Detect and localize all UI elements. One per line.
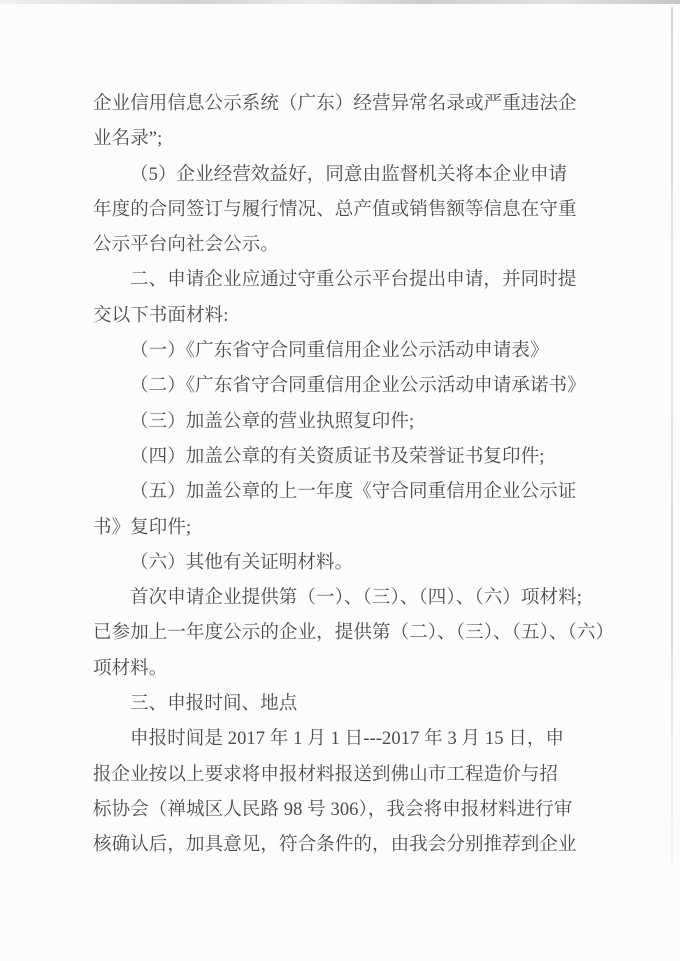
- text-line: （一）《广东省守合同重信用企业公示活动申请表》: [93, 334, 587, 369]
- text-line: （五）加盖公章的上一年度《守合同重信用企业公示证: [93, 475, 587, 510]
- text-line: 报企业按以上要求将申报材料报送到佛山市工程造价与招: [93, 758, 587, 793]
- text-line: 三、申报时间、地点: [93, 687, 587, 722]
- text-line: （六）其他有关证明材料。: [93, 546, 587, 581]
- text-line: 核确认后，加具意见，符合条件的，由我会分别推荐到企业: [93, 828, 587, 863]
- document-text: 企业信用信息公示系统（广东）经营异常名录或严重违法企业名录”;（5）企业经营效益…: [93, 87, 587, 864]
- text-line: 企业信用信息公示系统（广东）经营异常名录或严重违法企: [93, 87, 587, 122]
- text-line: 项材料。: [93, 652, 587, 687]
- text-line: 交以下书面材料:: [93, 299, 587, 334]
- scan-artifact-top-edge: [0, 0, 680, 4]
- text-line: 二、申请企业应通过守重公示平台提出申请，并同时提: [93, 263, 587, 298]
- text-line: 标协会（禅城区人民路 98 号 306），我会将申报材料进行审: [93, 793, 587, 828]
- text-line: 公示平台向社会公示。: [93, 228, 587, 263]
- text-line: 书》复印件;: [93, 511, 587, 546]
- text-line: 年度的合同签订与履行情况、总产值或销售额等信息在守重: [93, 193, 587, 228]
- text-line: 首次申请企业提供第（一）、（三）、（四）、（六）项材料;: [93, 581, 587, 616]
- text-line: （四）加盖公章的有关资质证书及荣誉证书复印件;: [93, 440, 587, 475]
- scan-artifact-right-edge: [671, 7, 673, 867]
- text-line: 申报时间是 2017 年 1 月 1 日---2017 年 3 月 15 日，申: [93, 722, 587, 757]
- text-line: （三）加盖公章的营业执照复印件;: [93, 405, 587, 440]
- scanned-page: 企业信用信息公示系统（广东）经营异常名录或严重违法企业名录”;（5）企业经营效益…: [0, 0, 680, 961]
- text-line: 业名录”;: [93, 122, 587, 157]
- text-line: （二）《广东省守合同重信用企业公示活动申请承诺书》: [93, 369, 587, 404]
- text-line: （5）企业经营效益好，同意由监督机关将本企业申请: [93, 158, 587, 193]
- text-line: 已参加上一年度公示的企业，提供第（二）、（三）、（五）、（六）: [93, 616, 587, 651]
